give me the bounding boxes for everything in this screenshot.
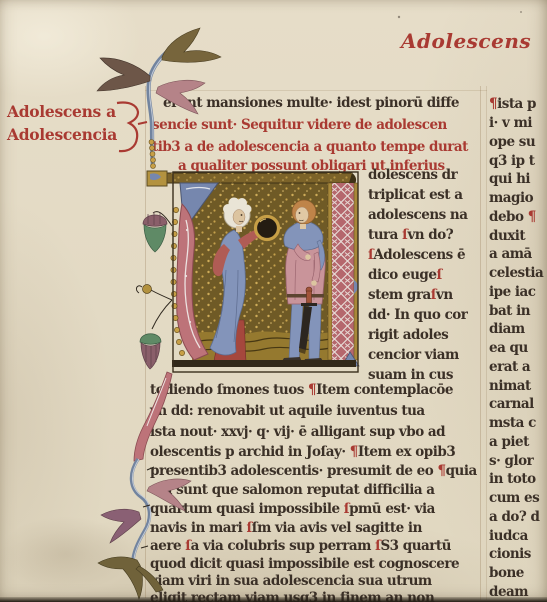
text-line: a do? d — [489, 510, 539, 525]
text-line: olescentis p archid in Joſay· ¶Item ex o… — [150, 445, 455, 460]
text-line: debo ¶ — [489, 210, 536, 225]
text-line: qui hi — [489, 172, 530, 187]
text-line: ea qu — [489, 341, 528, 356]
leaf-mauve — [101, 509, 141, 543]
text-line: ¶ista p — [489, 97, 536, 112]
text-line: vn dd: renovabit ut aquile iuventus tua — [150, 404, 425, 419]
page-bottom-edge — [0, 597, 547, 602]
text-line: cencior viam — [368, 348, 459, 363]
text-line: in toto — [489, 472, 536, 487]
margin-bracket — [117, 102, 147, 151]
text-line: a piet — [489, 435, 529, 450]
text-line: i· v mi — [489, 116, 532, 131]
leaf-brown — [97, 58, 150, 91]
text-line: rigit adoles — [368, 328, 448, 343]
ruling-line-top — [145, 90, 487, 91]
text-line: presentib3 adolescentis· presumit de eo … — [150, 464, 477, 479]
text-line: aere ſa via colubris sup perram ſS3 quar… — [150, 539, 451, 554]
historiated-initial-miniature — [146, 170, 360, 376]
manuscript-page: Adolescens Adolescens a Adolescencia eru… — [0, 0, 547, 602]
text-line: stem graſvn — [368, 288, 453, 303]
belt — [287, 294, 324, 298]
text-line: quod dicit quasi impossibile est cognosc… — [150, 557, 459, 572]
leaf-olive-bottom — [98, 557, 143, 599]
text-line: ope su — [489, 135, 535, 150]
text-line: bat in — [489, 304, 530, 319]
text-line: msta c — [489, 416, 536, 431]
text-line: nimat — [489, 379, 531, 394]
text-line: dd· In quo cor — [368, 308, 467, 323]
text-line: em sunt que salomon reputat difficilia a — [150, 483, 435, 498]
running-title: Adolescens — [401, 29, 531, 53]
margin-note-line2: Adolescencia — [7, 125, 117, 144]
text-line: quartum quasi impossibile ſpmū est· via — [150, 502, 435, 517]
text-line: a amā — [489, 247, 532, 262]
text-line: sencie sunt· Sequitur videre de adolesce… — [152, 118, 447, 133]
text-line: cionis — [489, 547, 531, 562]
text-line: navis in mari ſſm via avis vel sagitte i… — [150, 521, 422, 536]
text-line: triplicat est a — [368, 188, 462, 203]
ink-speck — [520, 11, 522, 13]
text-line: s· glor — [489, 454, 533, 469]
miniature-bottom-band — [172, 360, 356, 367]
text-line: celestia — [489, 266, 543, 281]
diaper-border — [328, 183, 359, 366]
text-line: erat a — [489, 360, 530, 375]
text-line: q3 ip t — [489, 154, 535, 169]
mirror-icon — [256, 217, 279, 240]
text-line: duxit — [489, 229, 525, 244]
ruling-line-right-2 — [486, 86, 487, 600]
text-line: carnal — [489, 397, 534, 412]
text-line: cum es — [489, 491, 539, 506]
text-line: dico eugeſ — [368, 268, 442, 283]
text-line: erunt mansiones multe· idest pinorū diff… — [163, 96, 459, 111]
text-line: dolescens dr — [368, 168, 457, 183]
text-line: tura ſvn do? — [368, 228, 453, 243]
leaf-olive — [162, 28, 221, 62]
text-line: diam — [489, 322, 525, 337]
text-line: ipe iac — [489, 285, 535, 300]
ink-speck — [398, 16, 400, 18]
text-line: iudca — [489, 529, 528, 544]
margin-note-line1: Adolescens a — [7, 102, 116, 121]
ruling-line-right — [480, 86, 481, 600]
text-line: ſAdolescens ē — [368, 248, 465, 263]
text-line: todiendo ſmones tuos ¶Item contemplacōe — [150, 383, 453, 398]
text-line: viam viri in sua adolescencia sua utrum — [150, 574, 432, 589]
text-line: magio — [489, 191, 533, 206]
text-line: tib3 a de adolescencia a quanto tempe du… — [152, 140, 468, 155]
text-line: ista nout· xxvj· q· vij· ē alligant sup … — [150, 425, 445, 440]
text-line: bone — [489, 566, 524, 581]
text-line: adolescens na — [368, 208, 468, 223]
text-line: suam in cus — [368, 368, 453, 383]
